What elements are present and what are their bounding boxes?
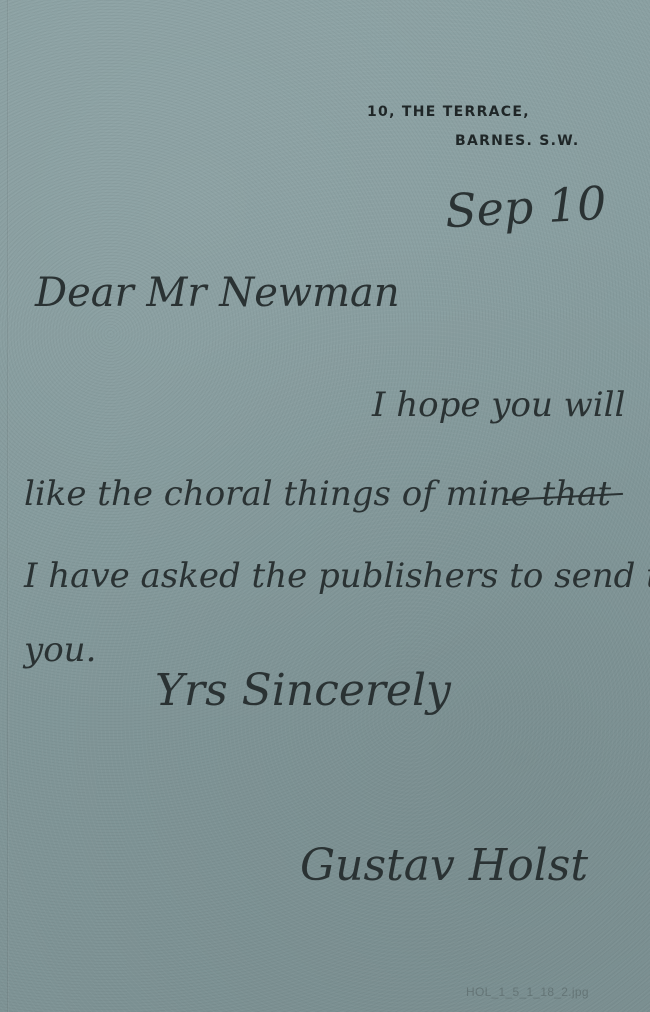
letter-body-line: I hope you will [372, 385, 625, 425]
letter-body-line: you. [24, 630, 96, 670]
letter-page: 10, THE TERRACE, BARNES. S.W. Sep 10 Dea… [0, 0, 650, 1012]
archive-filename-watermark: HOL_1_5_1_18_2.jpg [466, 985, 589, 999]
letter-body-line: like the choral things of mine that [24, 474, 611, 514]
letter-signature: Gustav Holst [300, 840, 588, 891]
letter-body-line: I have asked the publishers to send to [24, 556, 650, 596]
letterhead-address-line-2: BARNES. S.W. [455, 133, 579, 149]
letterhead-address-line-1: 10, THE TERRACE, [367, 104, 530, 120]
letter-closing: Yrs Sincerely [155, 665, 451, 716]
paper-fold-line [7, 0, 9, 1012]
letter-date: Sep 10 [444, 176, 608, 238]
letter-salutation: Dear Mr Newman [35, 270, 400, 316]
